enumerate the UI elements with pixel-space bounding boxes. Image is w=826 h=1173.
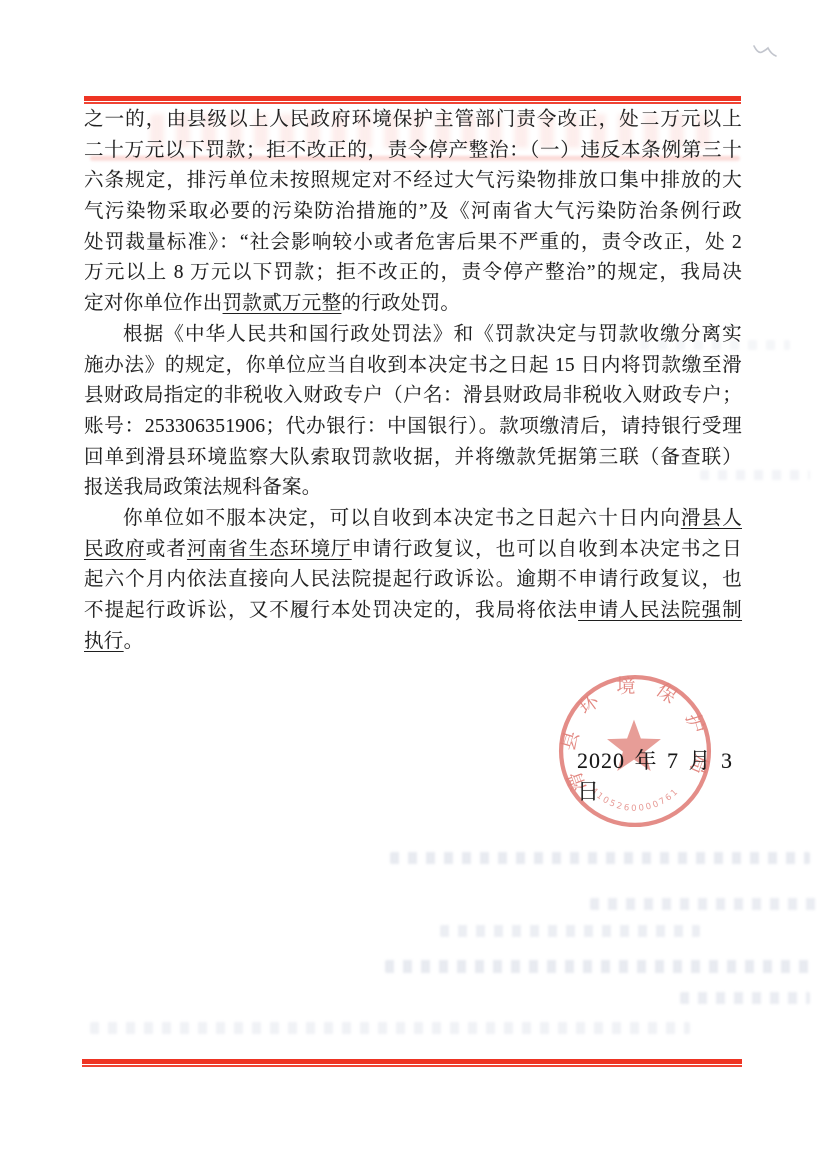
text-segment: 县财政局指定的非税收入财政专户（户名：滑县财政局非税收入财政专户； xyxy=(84,385,742,406)
text-line: 不提起行政诉讼，又不履行本处罚决定的，我局将依法申请人民法院强制 xyxy=(84,596,742,627)
text-line: 二十万元以下罚款；拒不改正的，责令停产整治：（一）违反本条例第三十 xyxy=(84,136,742,167)
underlined-text: 河南省生态环境厅 xyxy=(187,539,352,560)
text-line: 气污染物采取必要的污染防治措施的”及《河南省大气污染防治条例行政 xyxy=(84,197,742,228)
text-line: 民政府或者河南省生态环境厅申请行政复议，也可以自收到本决定书之日 xyxy=(84,535,742,566)
footer-rule-thin xyxy=(82,1065,742,1067)
bleedthrough-artifact xyxy=(440,925,700,937)
text-segment: 根据《中华人民共和国行政处罚法》和《罚款决定与罚款收缴分离实 xyxy=(123,324,742,345)
text-line: 报送我局政策法规科备案。 xyxy=(84,473,742,504)
underlined-text: 申请人民法院强制 xyxy=(578,600,742,621)
header-rule-thin xyxy=(84,102,741,104)
footer-rule xyxy=(82,1059,742,1067)
text-segment: 的行政处罚。 xyxy=(341,293,460,314)
bleedthrough-artifact xyxy=(390,852,810,864)
text-segment: 气污染物采取必要的污染防治措施的”及《河南省大气污染防治条例行政 xyxy=(84,201,742,222)
text-line: 起六个月内依法直接向人民法院提起行政诉讼。逾期不申请行政复议，也 xyxy=(84,565,742,596)
text-line: 处罚裁量标准》：“社会影响较小或者危害后果不严重的，责令改正，处 2 xyxy=(84,228,742,259)
text-segment: 你单位如不服本决定，可以自收到本决定书之日起六十日内向 xyxy=(123,508,681,529)
scan-mark xyxy=(750,36,780,62)
text-segment: 回单到滑县环境监察大队索取罚款收据，并将缴款凭据第三联（备查联） xyxy=(84,447,742,468)
text-segment: 。 xyxy=(124,631,144,652)
underlined-text: 民政府 xyxy=(84,539,146,560)
text-line: 账号：253306351906；代办银行：中国银行）。款项缴清后，请持银行受理 xyxy=(84,412,742,443)
text-line: 回单到滑县环境监察大队索取罚款收据，并将缴款凭据第三联（备查联） xyxy=(84,443,742,474)
underlined-text: 执行 xyxy=(84,631,124,652)
underlined-text: 罚款贰万元整 xyxy=(223,293,342,314)
document-date: 2020 年 7 月 3 日 xyxy=(577,744,747,806)
text-segment: 账号：253306351906；代办银行：中国银行）。款项缴清后，请持银行受理 xyxy=(84,416,742,437)
text-line: 施办法》的规定，你单位应当自收到本决定书之日起 15 日内将罚款缴至滑 xyxy=(84,351,742,382)
bleedthrough-artifact xyxy=(385,960,815,973)
text-line: 定对你单位作出罚款贰万元整的行政处罚。 xyxy=(84,289,742,320)
bleedthrough-artifact xyxy=(90,1022,690,1034)
text-line: 六条规定，排污单位未按照规定对不经过大气污染物排放口集中排放的大 xyxy=(84,166,742,197)
text-line: 根据《中华人民共和国行政处罚法》和《罚款决定与罚款收缴分离实 xyxy=(84,320,742,351)
text-segment: 六条规定，排污单位未按照规定对不经过大气污染物排放口集中排放的大 xyxy=(84,170,742,191)
text-segment: 起六个月内依法直接向人民法院提起行政诉讼。逾期不申请行政复议，也 xyxy=(84,569,742,590)
text-segment: 二十万元以下罚款；拒不改正的，责令停产整治：（一）违反本条例第三十 xyxy=(84,140,742,161)
text-segment: 申请行政复议，也可以自收到本决定书之日 xyxy=(352,539,742,560)
text-segment: 之一的，由县级以上人民政府环境保护主管部门责令改正，处二万元以上 xyxy=(84,109,742,130)
text-segment: 报送我局政策法规科备案。 xyxy=(84,477,322,498)
underlined-text: 滑县人 xyxy=(681,508,742,529)
text-line: 你单位如不服本决定，可以自收到本决定书之日起六十日内向滑县人 xyxy=(84,504,742,535)
scanned-document-page: 之一的，由县级以上人民政府环境保护主管部门责令改正，处二万元以上二十万元以下罚款… xyxy=(0,0,826,1173)
document-body: 之一的，由县级以上人民政府环境保护主管部门责令改正，处二万元以上二十万元以下罚款… xyxy=(84,105,742,657)
bleedthrough-artifact xyxy=(680,992,810,1004)
text-segment: 不提起行政诉讼，又不履行本处罚决定的，我局将依法 xyxy=(84,600,578,621)
text-line: 之一的，由县级以上人民政府环境保护主管部门责令改正，处二万元以上 xyxy=(84,105,742,136)
text-line: 万元以上 8 万元以下罚款；拒不改正的，责令停产整治”的规定，我局决 xyxy=(84,258,742,289)
text-segment: 或者 xyxy=(146,539,187,560)
text-line: 执行。 xyxy=(84,627,742,658)
header-rule xyxy=(84,96,741,104)
text-segment: 处罚裁量标准》：“社会影响较小或者危害后果不严重的，责令改正，处 2 xyxy=(84,232,742,253)
text-segment: 定对你单位作出 xyxy=(84,293,223,314)
bleedthrough-artifact xyxy=(590,898,820,910)
text-line: 县财政局指定的非税收入财政专户（户名：滑县财政局非税收入财政专户； xyxy=(84,381,742,412)
text-segment: 万元以上 8 万元以下罚款；拒不改正的，责令停产整治”的规定，我局决 xyxy=(84,262,742,283)
text-segment: 施办法》的规定，你单位应当自收到本决定书之日起 15 日内将罚款缴至滑 xyxy=(84,355,742,376)
